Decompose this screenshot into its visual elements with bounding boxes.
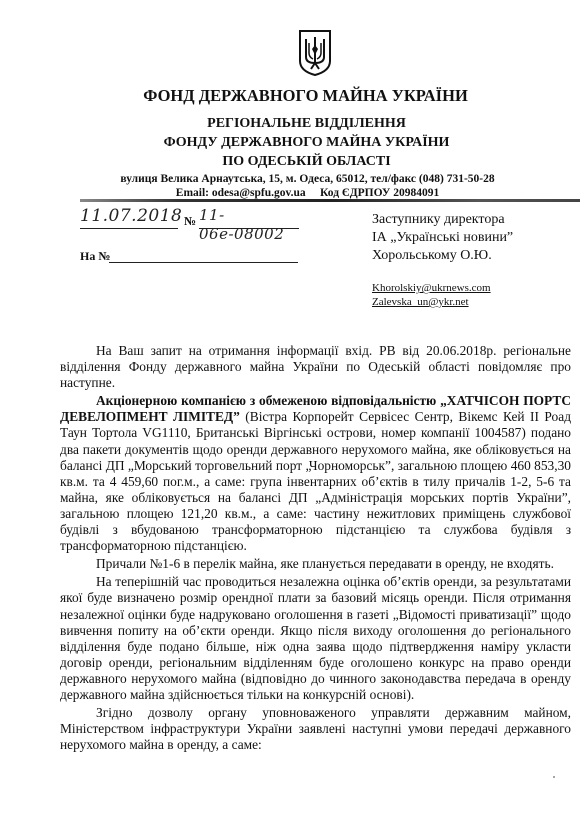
date-handwritten: 11.07.2018 — [80, 206, 182, 226]
reply-to-field — [109, 248, 298, 263]
applicant-details: (Вістра Корпорейт Сервісес Сентр, Вікемс… — [60, 409, 571, 553]
body-paragraph-intro: На Ваш запит на отримання інформації вхі… — [60, 343, 571, 391]
body-paragraph-valuation: На теперішній час проводиться незалежна … — [60, 574, 571, 703]
date-field: 11.07.2018 — [80, 206, 178, 229]
ukraine-trident-coat-of-arms-icon — [298, 29, 332, 77]
reply-to-label: На № — [80, 249, 110, 264]
recipient-name: Хорольському О.Ю. — [372, 247, 513, 265]
recipient-emails: Khorolskiy@ukrnews.com Zalevska_un@ykr.n… — [372, 281, 491, 309]
recipient-block: Заступнику директора ІА „Українські нови… — [372, 211, 513, 265]
letterhead-divider — [80, 199, 580, 202]
recipient-position: Заступнику директора — [372, 211, 513, 229]
letter-body: На Ваш запит на отримання інформації вхі… — [60, 343, 571, 755]
scan-speck — [553, 776, 555, 778]
number-field: 11-06е-08002 — [199, 206, 299, 229]
recipient-email-link[interactable]: Zalevska_un@ykr.net — [372, 295, 491, 309]
branch-title-line3: ПО ОДЕСЬКІЙ ОБЛАСТІ — [15, 152, 583, 171]
body-paragraph-conditions: Згідно дозволу органу уповноваженого упр… — [60, 705, 571, 753]
branch-title-line1: РЕГІОНАЛЬНЕ ВІДДІЛЕННЯ — [15, 114, 583, 133]
body-paragraph-berths: Причали №1-6 в перелік майна, яке планує… — [60, 556, 571, 572]
number-handwritten: 11-06е-08002 — [199, 206, 284, 243]
branch-title-line2: ФОНДУ ДЕРЖАВНОГО МАЙНА УКРАЇНИ — [15, 133, 583, 152]
org-title: ФОНД ДЕРЖАВНОГО МАЙНА УКРАЇНИ — [14, 86, 583, 106]
org-address: вулиця Велика Арнаутська, 15, м. Одеса, … — [16, 172, 583, 187]
recipient-email-link[interactable]: Khorolskiy@ukrnews.com — [372, 281, 491, 295]
recipient-organization: ІА „Українські новини” — [372, 229, 513, 247]
body-paragraph-applicant: Акціонерною компанією з обмеженою відпов… — [60, 393, 571, 554]
number-label: № — [184, 214, 196, 229]
